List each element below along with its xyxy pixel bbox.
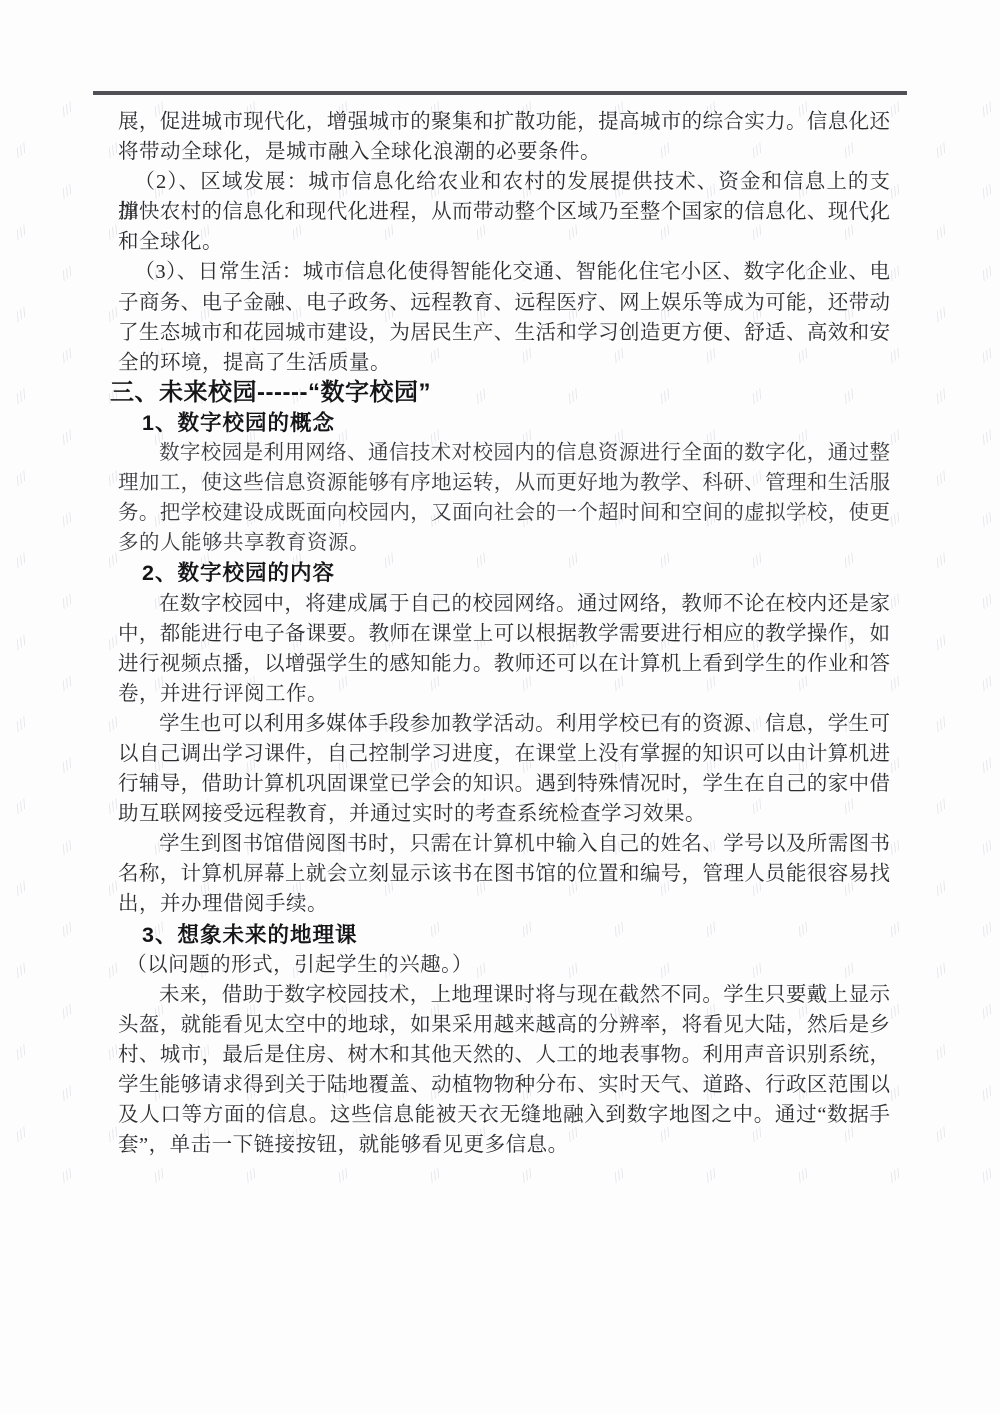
text-line: 行辅导，借助计算机巩固课堂已学会的知识。遇到特殊情况时，学生在自己的家中借	[118, 769, 890, 799]
watermark-mark: ⁄⁄⁄	[59, 100, 77, 118]
watermark-mark: ⁄⁄⁄	[335, 1166, 353, 1184]
text-line: 了生态城市和花园城市建设，为居民生产、生活和学习创造更方便、舒适、高效和安	[118, 318, 890, 348]
watermark-mark: ⁄⁄⁄	[979, 756, 997, 774]
watermark-mark: ⁄⁄⁄	[979, 182, 997, 200]
watermark-mark: ⁄⁄⁄	[59, 428, 77, 446]
text-line: 数字校园是利用网络、通信技术对校园内的信息资源进行全面的数字化，通过整	[118, 438, 890, 468]
watermark-mark: ⁄⁄⁄	[979, 838, 997, 856]
watermark-mark: ⁄⁄⁄	[933, 879, 951, 897]
text-line: 全的环境，提高了生活质量。	[118, 348, 890, 378]
text-line: 加快农村的信息化和现代化进程，从而带动整个区域乃至整个国家的信息化、现代化	[118, 197, 890, 227]
watermark-mark: ⁄⁄⁄	[979, 428, 997, 446]
watermark-mark: ⁄⁄⁄	[59, 1166, 77, 1184]
text-line: 中，都能进行电子备课要。教师在课堂上可以根据教学需要进行相应的教学操作，如	[118, 619, 890, 649]
watermark-mark: ⁄⁄⁄	[979, 346, 997, 364]
text-line: 村、城市，最后是住房、树木和其他天然的、人工的地表事物。利用声音识别系统，	[118, 1040, 890, 1070]
text-line: 学生也可以利用多媒体手段参加教学活动。利用学校已有的资源、信息，学生可	[118, 709, 890, 739]
watermark-mark: ⁄⁄⁄	[13, 961, 31, 979]
text-line: 名称，计算机屏幕上就会立刻显示该书在图书馆的位置和编号，管理人员能很容易找	[118, 859, 890, 889]
text-line: 进行视频点播，以增强学生的感知能力。教师还可以在计算机上看到学生的作业和答	[118, 649, 890, 679]
watermark-mark: ⁄⁄⁄	[59, 592, 77, 610]
text-line: 和全球化。	[118, 227, 890, 257]
watermark-mark: ⁄⁄⁄	[13, 141, 31, 159]
sub-heading: 2、数字校园的内容	[142, 558, 890, 588]
watermark-mark: ⁄⁄⁄	[887, 1166, 905, 1184]
watermark-mark: ⁄⁄⁄	[13, 551, 31, 569]
watermark-mark: ⁄⁄⁄	[933, 797, 951, 815]
watermark-mark: ⁄⁄⁄	[151, 1166, 169, 1184]
watermark-mark: ⁄⁄⁄	[933, 1125, 951, 1143]
sub-heading: 1、数字校园的概念	[142, 408, 890, 438]
text-line: （以问题的形式，引起学生的兴趣。）	[118, 950, 890, 980]
text-line: 多的人能够共享教育资源。	[118, 528, 890, 558]
watermark-mark: ⁄⁄⁄	[59, 674, 77, 692]
watermark-mark: ⁄⁄⁄	[13, 1125, 31, 1143]
watermark-mark: ⁄⁄⁄	[979, 264, 997, 282]
watermark-mark: ⁄⁄⁄	[933, 223, 951, 241]
section-heading: 三、未来校园------“数字校园”	[110, 378, 890, 408]
watermark-mark: ⁄⁄⁄	[703, 1166, 721, 1184]
watermark-mark: ⁄⁄⁄	[979, 510, 997, 528]
watermark-mark: ⁄⁄⁄	[427, 1166, 445, 1184]
watermark-mark: ⁄⁄⁄	[933, 1043, 951, 1061]
watermark-mark: ⁄⁄⁄	[979, 1084, 997, 1102]
watermark-mark: ⁄⁄⁄	[59, 1002, 77, 1020]
watermark-mark: ⁄⁄⁄	[13, 797, 31, 815]
watermark-mark: ⁄⁄⁄	[933, 141, 951, 159]
watermark-mark: ⁄⁄⁄	[979, 1166, 997, 1184]
text-line: 未来，借助于数字校园技术，上地理课时将与现在截然不同。学生只要戴上显示	[118, 980, 890, 1010]
watermark-mark: ⁄⁄⁄	[13, 1043, 31, 1061]
text-line: 展，促进城市现代化，增强城市的聚集和扩散功能，提高城市的综合实力。信息化还	[118, 107, 890, 137]
watermark-mark: ⁄⁄⁄	[979, 920, 997, 938]
watermark-mark: ⁄⁄⁄	[59, 838, 77, 856]
watermark-mark: ⁄⁄⁄	[13, 715, 31, 733]
watermark-mark: ⁄⁄⁄	[13, 469, 31, 487]
text-line: 头盔，就能看见太空中的地球，如果采用越来越高的分辨率，将看见大陆，然后是乡	[118, 1010, 890, 1040]
text-line: 学生能够请求得到关于陆地覆盖、动植物物种分布、实时天气、道路、行政区范围以	[118, 1070, 890, 1100]
watermark-mark: ⁄⁄⁄	[933, 633, 951, 651]
text-line: 及人口等方面的信息。这些信息能被天衣无缝地融入到数字地图之中。通过“数据手	[118, 1100, 890, 1130]
watermark-mark: ⁄⁄⁄	[933, 961, 951, 979]
text-line: 将带动全球化，是城市融入全球化浪潮的必要条件。	[118, 137, 890, 167]
watermark-mark: ⁄⁄⁄	[933, 469, 951, 487]
watermark-mark: ⁄⁄⁄	[13, 387, 31, 405]
page-header-rule	[93, 91, 907, 95]
text-line: 理加工，使这些信息资源能够有序地运转，从而更好地为教学、科研、管理和生活服	[118, 468, 890, 498]
text-line: 子商务、电子金融、电子政务、远程教育、远程医疗、网上娱乐等成为可能，还带动	[118, 288, 890, 318]
text-line: 以自己调出学习课件，自己控制学习进度，在课堂上没有掌握的知识可以由计算机进	[118, 739, 890, 769]
watermark-mark: ⁄⁄⁄	[979, 592, 997, 610]
watermark-mark: ⁄⁄⁄	[933, 387, 951, 405]
watermark-mark: ⁄⁄⁄	[611, 1166, 629, 1184]
watermark-mark: ⁄⁄⁄	[933, 715, 951, 733]
watermark-mark: ⁄⁄⁄	[795, 1166, 813, 1184]
text-line: （2）、区域发展：城市信息化给农业和农村的发展提供技术、资金和信息上的支撑，	[118, 167, 890, 197]
watermark-mark: ⁄⁄⁄	[59, 510, 77, 528]
text-line: 出，并办理借阅手续。	[118, 889, 890, 919]
text-line: 套”，单击一下链接按钮，就能够看见更多信息。	[118, 1130, 890, 1160]
text-line: 学生到图书馆借阅图书时，只需在计算机中输入自己的姓名、学号以及所需图书	[118, 829, 890, 859]
watermark-mark: ⁄⁄⁄	[979, 1002, 997, 1020]
text-line: 务。把学校建设成既面向校园内，又面向社会的一个超时间和空间的虚拟学校，使更	[118, 498, 890, 528]
watermark-mark: ⁄⁄⁄	[933, 305, 951, 323]
text-line: 在数字校园中，将建成属于自己的校园网络。通过网络，教师不论在校内还是家	[118, 589, 890, 619]
watermark-mark: ⁄⁄⁄	[13, 879, 31, 897]
watermark-mark: ⁄⁄⁄	[59, 346, 77, 364]
watermark-mark: ⁄⁄⁄	[59, 756, 77, 774]
watermark-mark: ⁄⁄⁄	[13, 223, 31, 241]
watermark-mark: ⁄⁄⁄	[979, 674, 997, 692]
watermark-mark: ⁄⁄⁄	[13, 305, 31, 323]
watermark-mark: ⁄⁄⁄	[243, 1166, 261, 1184]
watermark-mark: ⁄⁄⁄	[13, 633, 31, 651]
text-line: 卷，并进行评阅工作。	[118, 679, 890, 709]
document-page: ⁄⁄⁄⁄⁄⁄⁄⁄⁄⁄⁄⁄⁄⁄⁄⁄⁄⁄⁄⁄⁄⁄⁄⁄⁄⁄⁄⁄⁄⁄⁄⁄⁄⁄⁄⁄⁄⁄⁄⁄…	[0, 0, 1000, 1414]
watermark-mark: ⁄⁄⁄	[59, 264, 77, 282]
watermark-mark: ⁄⁄⁄	[59, 182, 77, 200]
document-content: 展，促进城市现代化，增强城市的聚集和扩散功能，提高城市的综合实力。信息化还将带动…	[118, 107, 890, 1160]
text-line: 助互联网接受远程教育，并通过实时的考查系统检查学习效果。	[118, 799, 890, 829]
watermark-mark: ⁄⁄⁄	[519, 1166, 537, 1184]
sub-heading: 3、想象未来的地理课	[142, 920, 890, 950]
watermark-mark: ⁄⁄⁄	[59, 920, 77, 938]
watermark-mark: ⁄⁄⁄	[979, 100, 997, 118]
text-line: （3）、日常生活：城市信息化使得智能化交通、智能化住宅小区、数字化企业、电	[118, 257, 890, 287]
watermark-mark: ⁄⁄⁄	[59, 1084, 77, 1102]
watermark-mark: ⁄⁄⁄	[933, 551, 951, 569]
